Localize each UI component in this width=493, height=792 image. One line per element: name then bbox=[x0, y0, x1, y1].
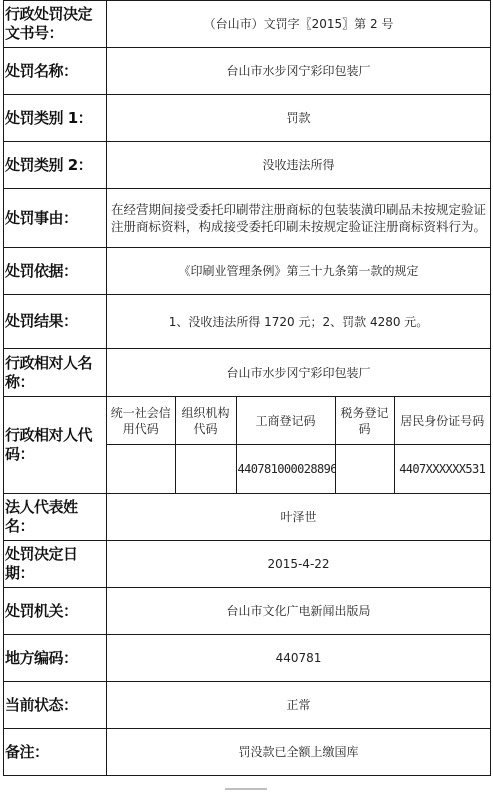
value-unified-credit-code bbox=[107, 445, 175, 494]
codes-subtable-cell: 统一社会信用代码 组织机构代码 工商登记码 税务登记码 居民身份证号码 4407… bbox=[107, 397, 491, 494]
value-org-code bbox=[175, 445, 236, 494]
label-counterparty-codes: 行政相对人代码： bbox=[4, 397, 107, 494]
value-business-reg-code: 440781000028896 bbox=[236, 445, 335, 494]
row-counterparty-codes: 行政相对人代码： 统一社会信用代码 组织机构代码 工商登记码 bbox=[4, 397, 491, 494]
label-decision-date: 处罚决定日期： bbox=[4, 541, 107, 588]
label-penalty-basis: 处罚依据： bbox=[4, 248, 107, 295]
value-remarks: 罚没款已全额上缴国库 bbox=[107, 729, 491, 776]
row-decision-number: 行政处罚决定文书号： （台山市）文罚字〖2015〗第 2 号 bbox=[4, 1, 491, 48]
row-penalty-category-2: 处罚类别 2： 没收违法所得 bbox=[4, 142, 491, 189]
header-tax-reg-code: 税务登记码 bbox=[335, 397, 394, 445]
row-decision-date: 处罚决定日期： 2015-4-22 bbox=[4, 541, 491, 588]
value-penalty-name: 台山市水步冈宁彩印包装厂 bbox=[107, 48, 491, 95]
label-penalty-name: 处罚名称： bbox=[4, 48, 107, 95]
header-business-reg-code: 工商登记码 bbox=[236, 397, 335, 445]
penalty-decision-table: 行政处罚决定文书号： （台山市）文罚字〖2015〗第 2 号 处罚名称： 台山市… bbox=[3, 0, 491, 776]
header-unified-credit-code: 统一社会信用代码 bbox=[107, 397, 175, 445]
label-current-status: 当前状态： bbox=[4, 682, 107, 729]
label-decision-number: 行政处罚决定文书号： bbox=[4, 1, 107, 48]
row-penalty-reason: 处罚事由： 在经营期间接受委托印刷带注册商标的包装装潢印刷品未按规定验证注册商标… bbox=[4, 189, 491, 248]
label-remarks: 备注： bbox=[4, 729, 107, 776]
label-legal-representative: 法人代表姓名： bbox=[4, 494, 107, 541]
scroll-indicator bbox=[225, 788, 267, 790]
codes-subtable: 统一社会信用代码 组织机构代码 工商登记码 税务登记码 居民身份证号码 4407… bbox=[107, 397, 490, 493]
value-penalty-basis: 《印刷业管理条例》第三十九条第一款的规定 bbox=[107, 248, 491, 295]
label-counterparty-name: 行政相对人名称： bbox=[4, 349, 107, 397]
value-decision-date: 2015-4-22 bbox=[107, 541, 491, 588]
codes-value-row: 440781000028896 4407XXXXXX531 bbox=[107, 445, 490, 494]
row-counterparty-name: 行政相对人名称： 台山市水步冈宁彩印包装厂 bbox=[4, 349, 491, 397]
value-legal-representative: 叶泽世 bbox=[107, 494, 491, 541]
row-penalty-category-1: 处罚类别 1： 罚款 bbox=[4, 95, 491, 142]
value-id-number: 4407XXXXXX531 bbox=[394, 445, 490, 494]
value-penalty-authority: 台山市文化广电新闻出版局 bbox=[107, 588, 491, 635]
label-penalty-category-1: 处罚类别 1： bbox=[4, 95, 107, 142]
header-org-code: 组织机构代码 bbox=[175, 397, 236, 445]
row-penalty-result: 处罚结果： 1、没收违法所得 1720 元；2、罚款 4280 元。 bbox=[4, 295, 491, 349]
value-decision-number: （台山市）文罚字〖2015〗第 2 号 bbox=[107, 1, 491, 48]
row-penalty-name: 处罚名称： 台山市水步冈宁彩印包装厂 bbox=[4, 48, 491, 95]
label-local-code: 地方编码： bbox=[4, 635, 107, 682]
value-current-status: 正常 bbox=[107, 682, 491, 729]
value-local-code: 440781 bbox=[107, 635, 491, 682]
row-penalty-authority: 处罚机关： 台山市文化广电新闻出版局 bbox=[4, 588, 491, 635]
codes-header-row: 统一社会信用代码 组织机构代码 工商登记码 税务登记码 居民身份证号码 bbox=[107, 397, 490, 445]
label-penalty-result: 处罚结果： bbox=[4, 295, 107, 349]
row-penalty-basis: 处罚依据： 《印刷业管理条例》第三十九条第一款的规定 bbox=[4, 248, 491, 295]
row-remarks: 备注： 罚没款已全额上缴国库 bbox=[4, 729, 491, 776]
row-legal-representative: 法人代表姓名： 叶泽世 bbox=[4, 494, 491, 541]
label-penalty-category-2: 处罚类别 2： bbox=[4, 142, 107, 189]
label-penalty-authority: 处罚机关： bbox=[4, 588, 107, 635]
value-counterparty-name: 台山市水步冈宁彩印包装厂 bbox=[107, 349, 491, 397]
value-penalty-result: 1、没收违法所得 1720 元；2、罚款 4280 元。 bbox=[107, 295, 491, 349]
value-penalty-reason: 在经营期间接受委托印刷带注册商标的包装装潢印刷品未按规定验证注册商标资料，构成接… bbox=[107, 189, 491, 248]
value-tax-reg-code bbox=[335, 445, 394, 494]
header-id-number: 居民身份证号码 bbox=[394, 397, 490, 445]
row-local-code: 地方编码： 440781 bbox=[4, 635, 491, 682]
value-penalty-category-1: 罚款 bbox=[107, 95, 491, 142]
value-penalty-category-2: 没收违法所得 bbox=[107, 142, 491, 189]
label-penalty-reason: 处罚事由： bbox=[4, 189, 107, 248]
row-current-status: 当前状态： 正常 bbox=[4, 682, 491, 729]
